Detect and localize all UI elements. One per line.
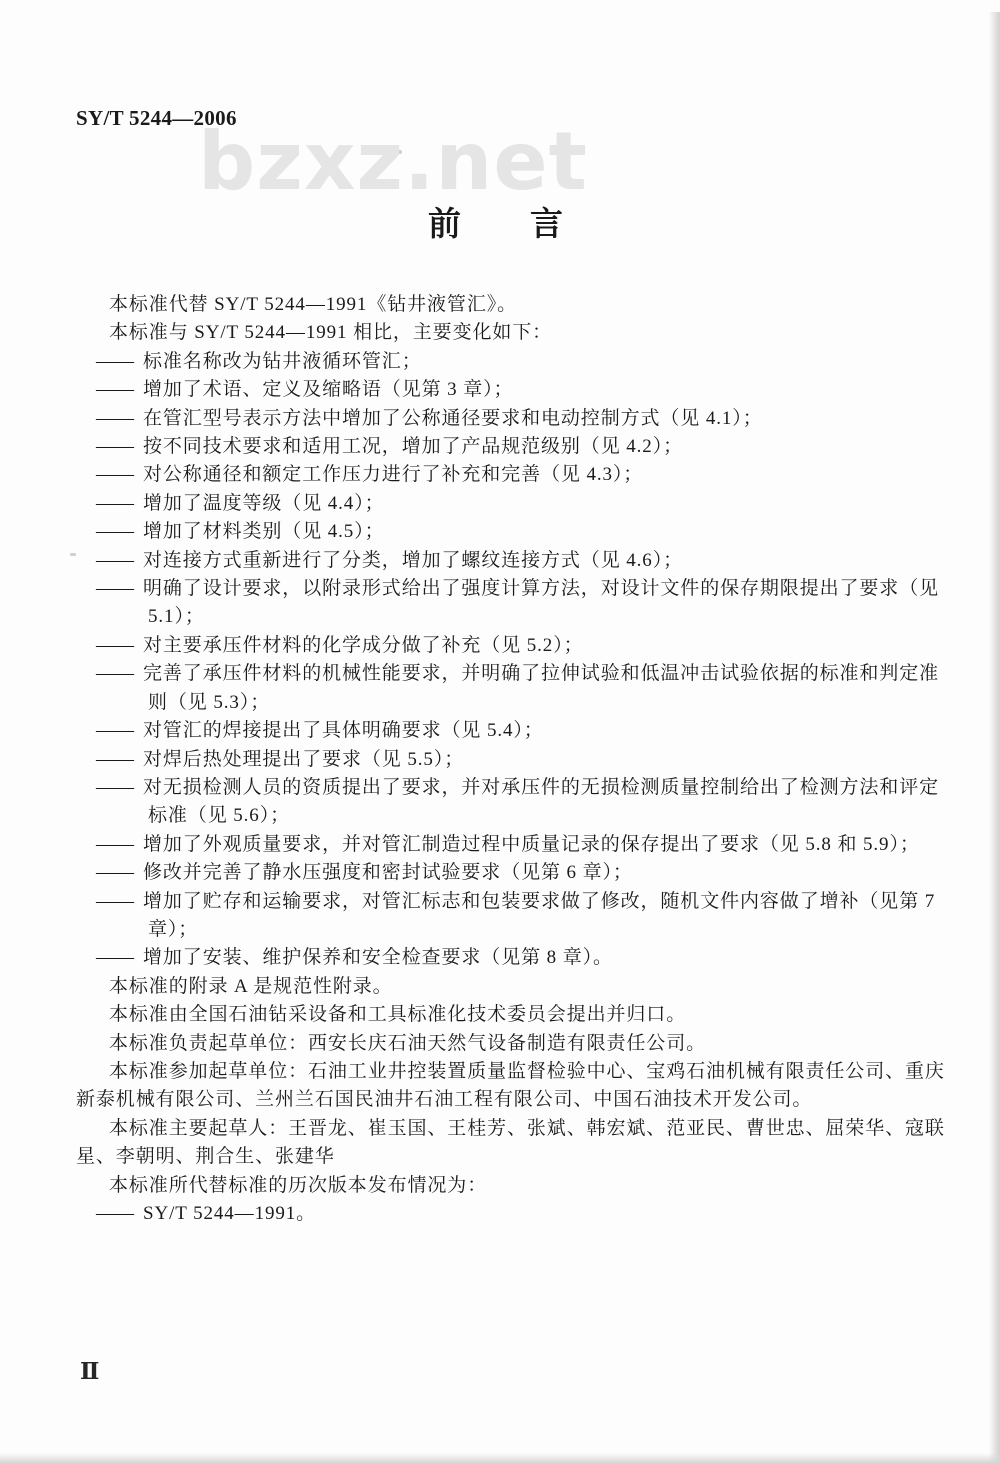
change-item-text: 按不同技术要求和适用工况，增加了产品规范级别（见 4.2）；	[143, 436, 683, 457]
foreword-change-item: ——增加了外观质量要求，并对管汇制造过程中质量记录的保存提出了要求（见 5.8 …	[76, 831, 948, 859]
watermark-text: bzxz.net	[198, 122, 588, 202]
page-number: Ⅱ	[80, 1358, 99, 1385]
change-item-text: 对公称通径和额定工作压力进行了补充和完善（见 4.3）；	[143, 464, 643, 485]
em-dash-prefix: ——	[96, 834, 134, 855]
em-dash-prefix: ——	[96, 947, 134, 968]
foreword-change-item: ——对连接方式重新进行了分类，增加了螺纹连接方式（见 4.6）；	[76, 547, 948, 575]
em-dash-prefix: ——	[96, 493, 134, 514]
change-item-text: 明确了设计要求，以附录形式给出了强度计算方法，对设计文件的保存期限提出了要求（见…	[143, 578, 939, 627]
foreword-paragraph: 本标准由全国石油钻采设备和工具标准化技术委员会提出并归口。	[76, 1001, 948, 1029]
foreword-change-item: ——对主要承压件材料的化学成分做了补充（见 5.2）；	[76, 632, 948, 660]
em-dash-prefix: ——	[96, 550, 134, 571]
change-item-text: 修改并完善了静水压强度和密封试验要求（见第 6 章）；	[143, 862, 633, 883]
em-dash-prefix: ——	[96, 663, 134, 684]
change-item-text: 对连接方式重新进行了分类，增加了螺纹连接方式（见 4.6）；	[143, 550, 683, 571]
change-item-text: 增加了贮存和运输要求，对管汇标志和包装要求做了修改，随机文件内容做了增补（见第 …	[143, 891, 935, 940]
foreword-paragraph: 本标准代替 SY/T 5244—1991《钻井液管汇》。	[76, 291, 948, 319]
page-title: 前 言	[76, 198, 916, 245]
foreword-paragraph: 本标准的附录 A 是规范性附录。	[76, 973, 948, 1001]
foreword-change-item: ——标准名称改为钻井液循环管汇；	[76, 348, 948, 376]
em-dash-prefix: ——	[96, 1203, 134, 1224]
foreword-paragraph: 本标准参加起草单位：石油工业井控装置质量监督检验中心、宝鸡石油机械有限责任公司、…	[76, 1058, 948, 1115]
change-item-text: 在管汇型号表示方法中增加了公称通径要求和电动控制方式（见 4.1）；	[143, 408, 763, 429]
change-item-text: 对主要承压件材料的化学成分做了补充（见 5.2）；	[143, 635, 584, 656]
foreword-change-item: ——SY/T 5244—1991。	[76, 1200, 948, 1228]
change-item-text: 增加了外观质量要求，并对管汇制造过程中质量记录的保存提出了要求（见 5.8 和 …	[143, 834, 920, 855]
scanned-document-page: SY/T 5244—2006 bzxz.net 前 言 本标准代替 SY/T 5…	[0, 0, 1000, 1463]
foreword-paragraph: 本标准负责起草单位：西安长庆石油天然气设备制造有限责任公司。	[76, 1030, 948, 1058]
foreword-change-item: ——明确了设计要求，以附录形式给出了强度计算方法，对设计文件的保存期限提出了要求…	[76, 575, 948, 632]
em-dash-prefix: ——	[96, 408, 134, 429]
foreword-change-item: ——完善了承压件材料的机械性能要求，并明确了拉伸试验和低温冲击试验依据的标准和判…	[76, 660, 948, 717]
em-dash-prefix: ——	[96, 379, 134, 400]
scan-edge-right	[989, 12, 1000, 1463]
em-dash-prefix: ——	[96, 521, 134, 542]
foreword-paragraph: 本标准与 SY/T 5244—1991 相比，主要变化如下：	[76, 319, 948, 347]
change-item-text: SY/T 5244—1991。	[143, 1203, 316, 1224]
foreword-body: 本标准代替 SY/T 5244—1991《钻井液管汇》。本标准与 SY/T 52…	[76, 291, 948, 1228]
em-dash-prefix: ——	[96, 351, 134, 372]
change-item-text: 完善了承压件材料的机械性能要求，并明确了拉伸试验和低温冲击试验依据的标准和判定准…	[143, 663, 939, 712]
foreword-change-item: ——增加了贮存和运输要求，对管汇标志和包装要求做了修改，随机文件内容做了增补（见…	[76, 888, 948, 945]
foreword-change-item: ——增加了温度等级（见 4.4）；	[76, 490, 948, 518]
foreword-change-item: ——增加了材料类别（见 4.5）；	[76, 518, 948, 546]
change-item-text: 增加了安装、维护保养和安全检查要求（见第 8 章）。	[143, 947, 613, 968]
foreword-change-item: ——按不同技术要求和适用工况，增加了产品规范级别（见 4.2）；	[76, 433, 948, 461]
foreword-change-item: ——在管汇型号表示方法中增加了公称通径要求和电动控制方式（见 4.1）；	[76, 405, 948, 433]
scan-edge-bottom	[0, 1453, 1000, 1463]
em-dash-prefix: ——	[96, 862, 134, 883]
foreword-change-item: ——对公称通径和额定工作压力进行了补充和完善（见 4.3）；	[76, 461, 948, 489]
em-dash-prefix: ——	[96, 436, 134, 457]
change-item-text: 标准名称改为钻井液循环管汇；	[143, 351, 422, 372]
change-item-text: 增加了温度等级（见 4.4）；	[143, 493, 385, 514]
change-item-text: 增加了材料类别（见 4.5）；	[143, 521, 385, 542]
foreword-paragraph: 本标准所代替标准的历次版本发布情况为：	[76, 1172, 948, 1200]
em-dash-prefix: ——	[96, 777, 134, 798]
change-item-text: 对焊后热处理提出了要求（见 5.5）；	[143, 749, 464, 770]
change-item-text: 对管汇的焊接提出了具体明确要求（见 5.4）；	[143, 720, 544, 741]
foreword-change-item: ——对管汇的焊接提出了具体明确要求（见 5.4）；	[76, 717, 948, 745]
em-dash-prefix: ——	[96, 720, 134, 741]
change-item-text: 增加了术语、定义及缩略语（见第 3 章）；	[143, 379, 513, 400]
foreword-change-item: ——修改并完善了静水压强度和密封试验要求（见第 6 章）；	[76, 859, 948, 887]
em-dash-prefix: ——	[96, 635, 134, 656]
change-item-text: 对无损检测人员的资质提出了要求，并对承压件的无损检测质量控制给出了检测方法和评定…	[143, 777, 939, 826]
foreword-change-item: ——增加了术语、定义及缩略语（见第 3 章）；	[76, 376, 948, 404]
em-dash-prefix: ——	[96, 891, 134, 912]
foreword-change-item: ——增加了安装、维护保养和安全检查要求（见第 8 章）。	[76, 944, 948, 972]
foreword-change-item: ——对无损检测人员的资质提出了要求，并对承压件的无损检测质量控制给出了检测方法和…	[76, 774, 948, 831]
em-dash-prefix: ——	[96, 749, 134, 770]
foreword-paragraph: 本标准主要起草人：王晋龙、崔玉国、王桂芳、张斌、韩宏斌、范亚民、曹世忠、屈荣华、…	[76, 1115, 948, 1172]
em-dash-prefix: ——	[96, 464, 134, 485]
em-dash-prefix: ——	[96, 578, 134, 599]
foreword-change-item: ——对焊后热处理提出了要求（见 5.5）；	[76, 746, 948, 774]
